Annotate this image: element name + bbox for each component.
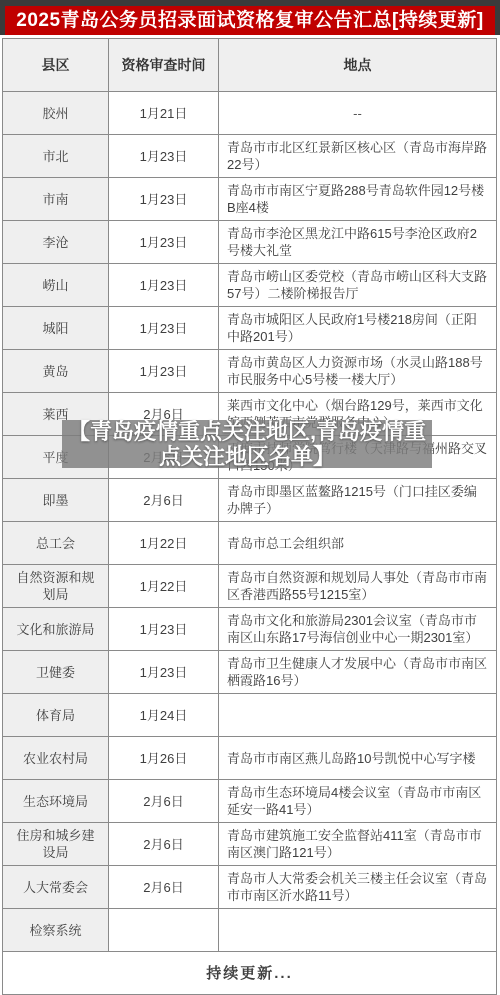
district-cell: 文化和旅游局 (3, 608, 109, 651)
location-cell: 青岛市城阳区人民政府1号楼218房间（正阳中路201号） (219, 307, 497, 350)
time-cell: 1月26日 (109, 737, 219, 780)
watermark-overlay: 【青岛疫情重点关注地区,青岛疫情重点关注地区名单】 (62, 420, 432, 468)
time-cell: 1月22日 (109, 565, 219, 608)
table-row: 住房和城乡建设局2月6日青岛市建筑施工安全监督站411室（青岛市市南区澳门路12… (3, 823, 497, 866)
location-cell: 青岛市市南区燕儿岛路10号凯悦中心写字楼 (219, 737, 497, 780)
title-bar: 2025青岛公务员招录面试资格复审公告汇总[持续更新] (0, 0, 500, 35)
location-cell: -- (219, 92, 497, 135)
location-cell: 青岛市崂山区委党校（青岛市崂山区科大支路57号）二楼阶梯报告厅 (219, 264, 497, 307)
time-cell: 1月23日 (109, 135, 219, 178)
time-cell: 1月23日 (109, 350, 219, 393)
district-cell: 人大常委会 (3, 866, 109, 909)
table-row: 黄岛1月23日青岛市黄岛区人力资源市场（水灵山路188号市民服务中心5号楼一楼大… (3, 350, 497, 393)
district-cell: 检察系统 (3, 909, 109, 952)
time-cell: 1月23日 (109, 608, 219, 651)
table-row: 卫健委1月23日青岛市卫生健康人才发展中心（青岛市市南区栖霞路16号） (3, 651, 497, 694)
district-cell: 生态环境局 (3, 780, 109, 823)
table-row: 市北1月23日青岛市市北区红景新区核心区（青岛市海岸路22号） (3, 135, 497, 178)
time-cell: 1月22日 (109, 522, 219, 565)
location-cell (219, 909, 497, 952)
district-cell: 卫健委 (3, 651, 109, 694)
district-cell: 总工会 (3, 522, 109, 565)
table-row: 体育局1月24日 (3, 694, 497, 737)
table-row: 市南1月23日青岛市市南区宁夏路288号青岛软件园12号楼B座4楼 (3, 178, 497, 221)
time-cell: 1月23日 (109, 264, 219, 307)
table-row: 检察系统 (3, 909, 497, 952)
time-cell: 2月6日 (109, 823, 219, 866)
footer-note: 持续更新... (3, 952, 497, 995)
table-header-row: 县区 资格审查时间 地点 (3, 39, 497, 92)
district-cell: 胶州 (3, 92, 109, 135)
col-header-time: 资格审查时间 (109, 39, 219, 92)
time-cell: 1月23日 (109, 307, 219, 350)
watermark-text: 【青岛疫情重点关注地区,青岛疫情重点关注地区名单】 (62, 419, 432, 469)
location-cell: 青岛市卫生健康人才发展中心（青岛市市南区栖霞路16号） (219, 651, 497, 694)
table-row: 人大常委会2月6日青岛市人大常委会机关三楼主任会议室（青岛市市南区沂水路11号） (3, 866, 497, 909)
district-cell: 市南 (3, 178, 109, 221)
location-cell: 青岛市市北区红景新区核心区（青岛市海岸路22号） (219, 135, 497, 178)
time-cell: 1月23日 (109, 651, 219, 694)
page-title: 2025青岛公务员招录面试资格复审公告汇总[持续更新] (5, 6, 495, 35)
location-cell: 青岛市李沧区黑龙江中路615号李沧区政府2号楼大礼堂 (219, 221, 497, 264)
time-cell: 1月21日 (109, 92, 219, 135)
location-cell: 青岛市总工会组织部 (219, 522, 497, 565)
table-row: 胶州1月21日-- (3, 92, 497, 135)
district-cell: 自然资源和规划局 (3, 565, 109, 608)
time-cell (109, 909, 219, 952)
district-cell: 体育局 (3, 694, 109, 737)
table-row: 总工会1月22日青岛市总工会组织部 (3, 522, 497, 565)
time-cell: 1月23日 (109, 221, 219, 264)
location-cell: 青岛市即墨区蓝鳌路1215号（门口挂区委编办牌子） (219, 479, 497, 522)
location-cell: 青岛市建筑施工安全监督站411室（青岛市市南区澳门路121号） (219, 823, 497, 866)
district-cell: 即墨 (3, 479, 109, 522)
table-row: 农业农村局1月26日青岛市市南区燕儿岛路10号凯悦中心写字楼 (3, 737, 497, 780)
location-cell: 青岛市黄岛区人力资源市场（水灵山路188号市民服务中心5号楼一楼大厅） (219, 350, 497, 393)
location-cell: 青岛市文化和旅游局2301会议室（青岛市市南区山东路17号海信创业中心一期230… (219, 608, 497, 651)
col-header-district: 县区 (3, 39, 109, 92)
district-cell: 黄岛 (3, 350, 109, 393)
review-schedule-table: 县区 资格审查时间 地点 胶州1月21日--市北1月23日青岛市市北区红景新区核… (2, 38, 497, 995)
district-cell: 李沧 (3, 221, 109, 264)
table-row: 城阳1月23日青岛市城阳区人民政府1号楼218房间（正阳中路201号） (3, 307, 497, 350)
district-cell: 崂山 (3, 264, 109, 307)
announcement-page: 2025青岛公务员招录面试资格复审公告汇总[持续更新] 县区 资格审查时间 地点… (0, 0, 500, 995)
table-row: 生态环境局2月6日青岛市生态环境局4楼会议室（青岛市市南区延安一路41号） (3, 780, 497, 823)
time-cell: 2月6日 (109, 479, 219, 522)
location-cell (219, 694, 497, 737)
district-cell: 住房和城乡建设局 (3, 823, 109, 866)
table-footer-row: 持续更新... (3, 952, 497, 995)
district-cell: 农业农村局 (3, 737, 109, 780)
district-cell: 市北 (3, 135, 109, 178)
table-row: 即墨2月6日青岛市即墨区蓝鳌路1215号（门口挂区委编办牌子） (3, 479, 497, 522)
time-cell: 2月6日 (109, 866, 219, 909)
time-cell: 1月23日 (109, 178, 219, 221)
table-row: 崂山1月23日青岛市崂山区委党校（青岛市崂山区科大支路57号）二楼阶梯报告厅 (3, 264, 497, 307)
time-cell: 1月24日 (109, 694, 219, 737)
table-row: 文化和旅游局1月23日青岛市文化和旅游局2301会议室（青岛市市南区山东路17号… (3, 608, 497, 651)
table-row: 自然资源和规划局1月22日青岛市自然资源和规划局人事处（青岛市市南区香港西路55… (3, 565, 497, 608)
location-cell: 青岛市自然资源和规划局人事处（青岛市市南区香港西路55号1215室） (219, 565, 497, 608)
location-cell: 青岛市生态环境局4楼会议室（青岛市市南区延安一路41号） (219, 780, 497, 823)
time-cell: 2月6日 (109, 780, 219, 823)
col-header-location: 地点 (219, 39, 497, 92)
district-cell: 城阳 (3, 307, 109, 350)
table-row: 李沧1月23日青岛市李沧区黑龙江中路615号李沧区政府2号楼大礼堂 (3, 221, 497, 264)
location-cell: 青岛市人大常委会机关三楼主任会议室（青岛市市南区沂水路11号） (219, 866, 497, 909)
location-cell: 青岛市市南区宁夏路288号青岛软件园12号楼B座4楼 (219, 178, 497, 221)
